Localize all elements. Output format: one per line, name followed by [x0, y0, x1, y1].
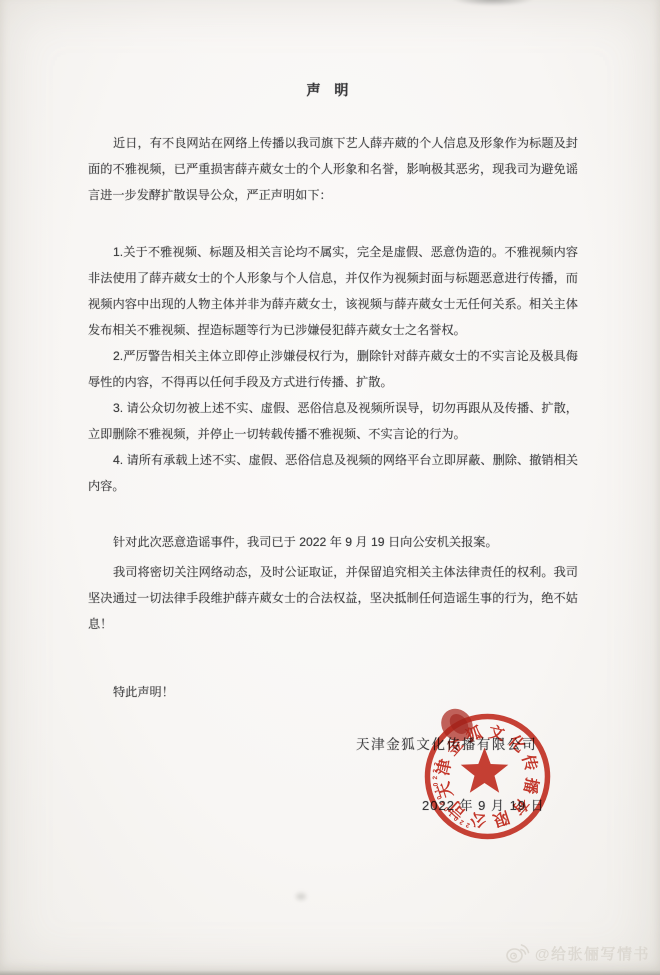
- watermark-handle: @给张俪写情书: [535, 943, 650, 964]
- statement-item-3: 3. 请公众切勿被上述不实、虚假、恶俗信息及视频所误导，切勿再跟从及传播、扩散，…: [88, 395, 578, 447]
- svg-text:公: 公: [468, 809, 488, 830]
- statement-closing: 特此声明！: [88, 679, 578, 705]
- svg-text:化: 化: [504, 730, 529, 756]
- svg-text:限: 限: [491, 807, 512, 830]
- weibo-icon: [505, 942, 530, 964]
- weibo-watermark: @给张俪写情书: [505, 942, 650, 964]
- svg-text:文: 文: [487, 722, 507, 744]
- statement-item-4: 4. 请所有承载上述不实、虚假、恶俗信息及视频的网络平台立即屏蔽、删除、撤销相关…: [88, 447, 578, 499]
- svg-text:0: 0: [432, 782, 440, 787]
- company-seal: 天津金狐文化传播有限公司 220104010222: [415, 704, 560, 849]
- svg-text:有: 有: [508, 794, 533, 819]
- svg-text:传: 传: [518, 751, 541, 773]
- photographed-statement-document: 声 明 近日，有不良网站在网络上传播以我司旗下艺人薛卉葳的个人信息及形象作为标题…: [0, 0, 660, 975]
- statement-report-paragraph: 针对此次恶意造谣事件，我司已于 2022 年 9 月 19 日向公安机关报案。: [88, 529, 578, 555]
- photo-smudge-top: [452, 0, 534, 6]
- svg-text:2: 2: [465, 821, 471, 829]
- statement-rights-paragraph: 我司将密切关注网络动态，及时公证取证，并保留追究相关主体法律责任的权利。我司坚决…: [88, 559, 578, 637]
- statement-intro-paragraph: 近日，有不良网站在网络上传播以我司旗下艺人薛卉葳的个人信息及形象作为标题及封面的…: [88, 130, 578, 208]
- photo-edge-shadow: [0, 970, 660, 975]
- statement-item-1: 1.关于不雅视频、标题及相关言论均不属实，完全是虚假、恶意伪造的。不雅视频内容非…: [88, 239, 578, 343]
- photo-smudge-dot: [296, 893, 306, 900]
- svg-text:2: 2: [432, 775, 439, 779]
- statement-item-2: 2.严厉警告相关主体立即停止涉嫌侵权行为，删除针对薛卉葳女士的不实言论及极具侮辱…: [88, 343, 578, 395]
- seal-star-icon: [461, 748, 509, 793]
- company-seal-graphic: 天津金狐文化传播有限公司 220104010222: [415, 704, 560, 849]
- statement-body: 近日，有不良网站在网络上传播以我司旗下艺人薛卉葳的个人信息及形象作为标题及封面的…: [88, 130, 578, 705]
- svg-text:播: 播: [520, 776, 542, 796]
- statement-title: 声 明: [0, 80, 660, 100]
